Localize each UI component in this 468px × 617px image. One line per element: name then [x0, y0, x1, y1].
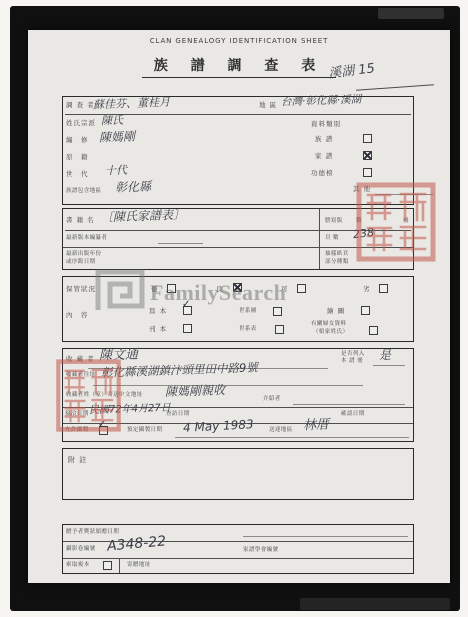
- book-title-label: 書 籍 名: [66, 217, 95, 224]
- form-english-title: CLAN GENEALOGY IDENTIFICATION SHEET: [28, 37, 450, 45]
- compiler-label: 編 修: [66, 137, 89, 144]
- women-data-label: 有關婦女資料: [311, 322, 346, 328]
- film-roll-number-label: 攝影卷編號: [66, 547, 96, 553]
- generation-value: 十代: [105, 165, 127, 177]
- coverage-value: 彰化縣: [115, 180, 151, 193]
- send-address-label: 寄贈地址: [127, 563, 151, 569]
- surname-value: 陳氏: [101, 115, 123, 127]
- latest-compiler-label: 最新版本編纂者: [66, 236, 107, 242]
- sample-pages-label: 抽樣紙頁: [325, 252, 349, 258]
- category-clan-label: 族 譜: [315, 136, 333, 143]
- category-family-label: 家 譜: [315, 153, 333, 160]
- origin-label: 原 籍: [66, 154, 89, 161]
- pedigree-chart-label: 世系圖: [239, 309, 257, 315]
- illustration-checkbox: [361, 306, 370, 315]
- delivery-area-value: 林厝: [303, 419, 329, 433]
- mailing-address-value: 陳媽剛親收: [165, 384, 225, 398]
- category-family-checkbox: [363, 151, 372, 160]
- familysearch-text-watermark: FamilySearch: [150, 280, 286, 306]
- area-value: 台灣·彰化縣·溪湖: [281, 95, 362, 108]
- category-clan-checkbox: [363, 134, 372, 143]
- generation-label: 世 代: [66, 171, 89, 178]
- pedigree-table-label: 世系表: [239, 327, 257, 333]
- visit-date-label: 查訪日期: [166, 412, 190, 418]
- surveyor-value: 蘇佳芬、董桂月: [93, 97, 170, 111]
- book-title-value: 〔陳氏家譜表〕: [101, 209, 185, 224]
- red-seal-stamp-right: [355, 181, 437, 267]
- owner-address-value: 彰化縣溪湖鎮汴頭里田中路9號: [101, 362, 258, 379]
- remarks-label: 附 註: [68, 457, 87, 464]
- request-copy-label: 索取複本: [66, 563, 90, 569]
- film-date-label: 預定攝製日期: [127, 428, 162, 434]
- delivery-area-label: 送達地區: [269, 428, 293, 434]
- introducer-label: 介紹者: [263, 397, 281, 403]
- surveyor-label: 調 查 者: [66, 102, 95, 109]
- coverage-label: 族譜包含地區: [66, 189, 101, 195]
- print-checkbox: [183, 324, 192, 333]
- award-date-label: 贈予者獎狀頒贈日期: [66, 530, 119, 536]
- women-data-sublabel: （娘家姓氏）: [313, 330, 348, 336]
- category-label: 資料類別: [311, 121, 341, 128]
- scanned-form-page: CLAN GENEALOGY IDENTIFICATION SHEET 族 譜 …: [28, 30, 450, 583]
- women-data-checkbox: [369, 326, 378, 335]
- listed-value: 是: [379, 349, 391, 361]
- film-date-value: 4 May 1983: [183, 418, 254, 434]
- category-merit-label: 功德榜: [311, 170, 334, 177]
- surname-label: 姓氏宗派: [66, 120, 96, 127]
- frame-smudge-top: [378, 8, 444, 19]
- partial-type-label: 部分種類: [325, 260, 349, 266]
- frame-smudge-bottom: [300, 598, 450, 610]
- handwritten-annotation: 溪湖 15: [327, 57, 376, 82]
- listed-label-line2: 本 譜 冊: [341, 359, 363, 365]
- manuscript-label: 寫 本: [149, 308, 167, 315]
- cond-poor-label: 劣: [363, 286, 371, 293]
- print-label: 刊 本: [149, 326, 167, 333]
- compiler-value: 陳媽剛: [99, 130, 135, 143]
- latest-year-label: 最新出版年份: [66, 252, 101, 258]
- pedigree-chart-checkbox: [273, 307, 282, 316]
- content-label: 內 容: [66, 312, 89, 319]
- cond-fair-checkbox: [297, 284, 306, 293]
- request-copy-checkbox: [103, 561, 112, 570]
- category-merit-checkbox: [363, 168, 372, 177]
- society-number-label: 家譜學會編號: [243, 548, 278, 554]
- listed-label-line1: 是否列入: [341, 352, 365, 358]
- form-title: 族 譜 調 查 表: [28, 55, 450, 78]
- section-remarks: 附 註: [62, 448, 414, 500]
- pages-label: 頁 數: [325, 236, 339, 242]
- section-office-use: 贈予者獎狀頒贈日期 攝影卷編號 A348-22 家譜學會編號 索取複本 寄贈地址: [62, 524, 414, 574]
- confirm-date-label: 確認日期: [341, 412, 365, 418]
- illustration-label: 繪 圖: [327, 308, 345, 315]
- cond-poor-checkbox: [379, 284, 388, 293]
- familysearch-logo-watermark: [92, 266, 148, 318]
- volume-label: 謄寫版: [325, 219, 343, 225]
- area-label: 地 區: [259, 102, 277, 109]
- annotation-underline: [356, 84, 434, 90]
- manuscript-checkbox: [183, 306, 192, 315]
- pedigree-table-checkbox: [275, 325, 284, 334]
- red-seal-stamp-left: [55, 358, 122, 437]
- film-roll-number-value: A348-22: [107, 534, 167, 553]
- preface-date-label: 或序跋日期: [66, 260, 96, 266]
